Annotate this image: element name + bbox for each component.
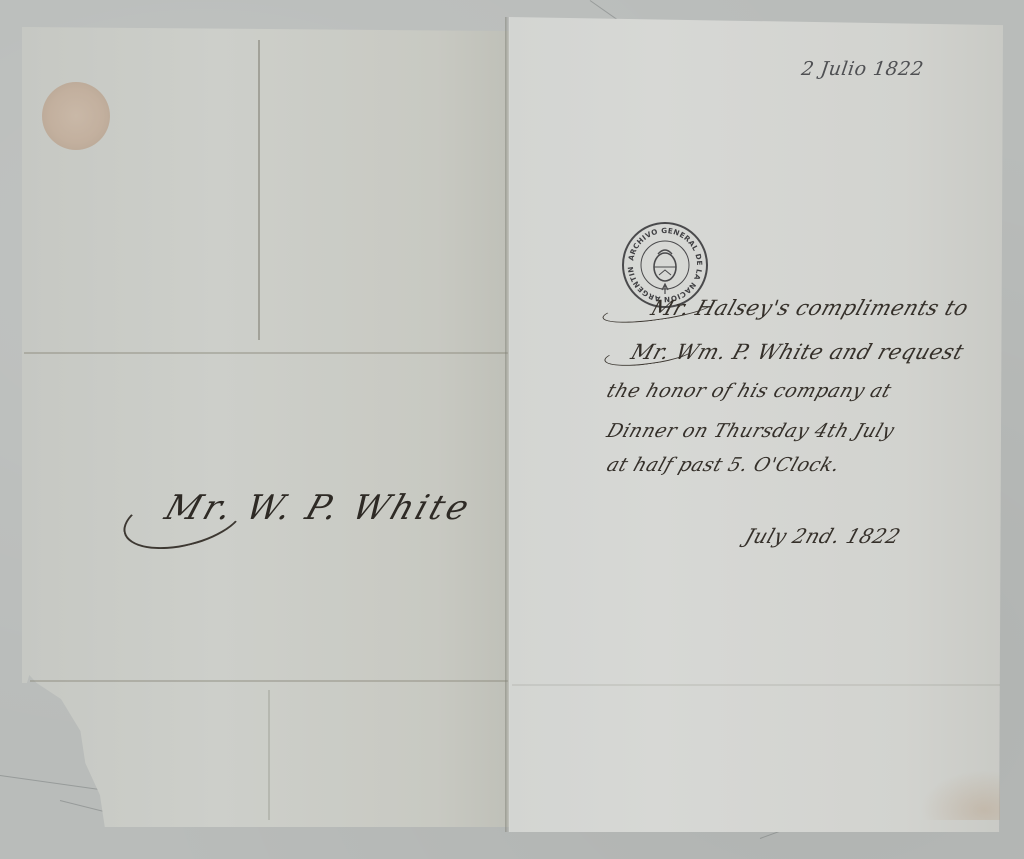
letter-line-2: Mr. Wm. P. White and request — [628, 340, 967, 364]
fold-crease — [268, 690, 270, 820]
fold-crease — [24, 352, 508, 354]
letter-line-4: Dinner on Thursday 4th July — [604, 420, 897, 442]
recipient-address: Mr. W. P. White — [160, 488, 477, 528]
letter-line-5: at half past 5. O'Clock. — [604, 454, 843, 476]
center-fold — [505, 17, 510, 832]
pencil-date-annotation: 2 Julio 1822 — [800, 58, 925, 80]
letter-line-3: the honor of his company at — [604, 380, 894, 402]
fold-crease — [30, 680, 508, 682]
letter-line-1: Mr. Halsey's compliments to — [648, 296, 972, 320]
fold-crease — [258, 40, 260, 340]
letter-outer-page — [22, 27, 509, 827]
wax-seal-stain — [42, 82, 110, 150]
fold-crease — [512, 684, 1000, 686]
letter-date: July 2nd. 1822 — [742, 524, 904, 548]
corner-stain — [920, 770, 1000, 820]
